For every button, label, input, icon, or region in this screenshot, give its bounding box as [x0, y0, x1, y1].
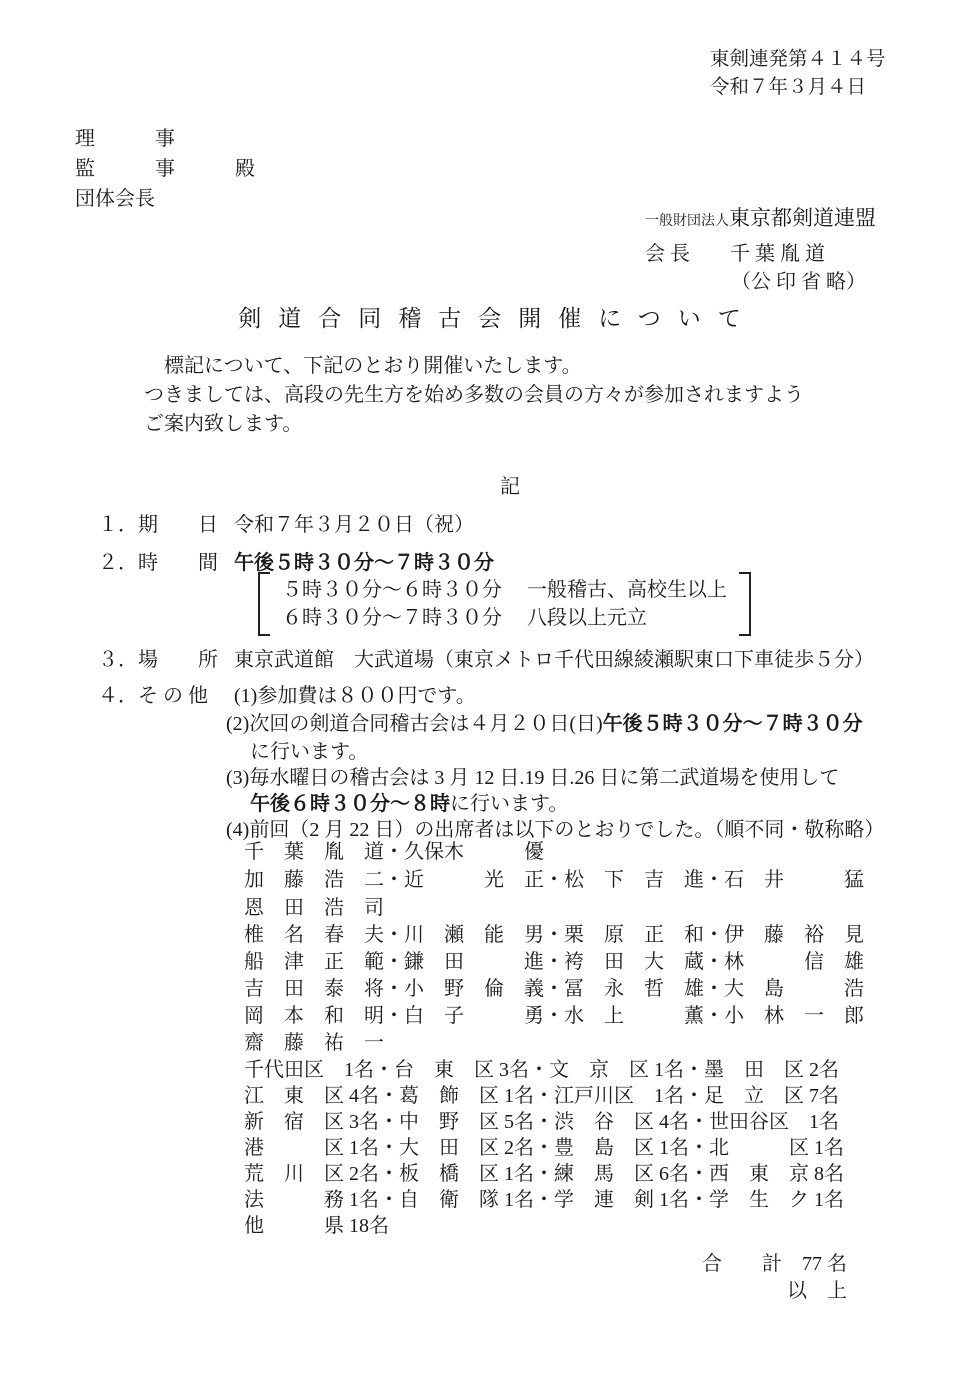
ward-count-line: 江 東 区 4名・葛 飾 区 1名・江戸川区 1名・足 立 区 7名	[244, 1083, 844, 1109]
ward-count-line: 新 宿 区 3名・中 野 区 5名・渋 谷 区 4名・世田谷区 1名	[244, 1109, 844, 1135]
attendee-line: 加 藤 浩 二・近 光 正・松 下 吉 進・石 井 猛	[244, 866, 864, 894]
ward-count-line: 他 県 18名	[244, 1213, 844, 1239]
right-bracket	[739, 572, 751, 636]
recipient-block: 理 事監 事 殿団体会長	[75, 124, 255, 214]
time-detail-line-1: ５時３０分～６時３０分 一般稽古、高校生以上	[282, 576, 727, 604]
item-time-row: ２．時 間午後５時３０分～７時３０分	[98, 546, 494, 575]
intro-line-3: ご案内致します。	[144, 410, 804, 439]
ward-count-line: 千代田区 1名・台 東 区 3名・文 京 区 1名・墨 田 区 2名	[244, 1057, 844, 1083]
attendee-line: 齋 藤 祐 一	[244, 1030, 864, 1057]
note-3-continuation: 午後６時３０分～８時に行います。	[250, 787, 568, 816]
recipient-line-directors: 理 事	[75, 124, 255, 154]
ref-number: 東剣連発第４１４号	[710, 46, 886, 74]
re-marker: 記	[0, 470, 980, 499]
sender-block: 一般財団法人東京都剣道連盟会 長 千 葉 胤 道（公 印 省 略）	[645, 204, 876, 296]
recipient-line-group-presidents: 団体会長	[75, 184, 255, 214]
item-date-value: 令和７年３月２０日（祝）	[234, 514, 474, 536]
item-other-row: ４．そ の 他(1)参加費は８００円です。	[98, 679, 476, 708]
note-3-cont-text: に行います。	[450, 793, 568, 815]
item-place-value: 東京武道館 大武道場（東京メトロ千代田線綾瀬駅東口下車徒歩５分）	[234, 649, 874, 671]
left-bracket	[258, 572, 270, 636]
note-3-marker: (3)	[226, 767, 249, 789]
item-place-label: 場 所	[138, 643, 234, 672]
sender-president-line: 会 長 千 葉 胤 道	[645, 240, 876, 268]
document-page: 東剣連発第４１４号令和７年３月４日 理 事監 事 殿団体会長 一般財団法人東京都…	[0, 0, 980, 1386]
note-1-text: 参加費は８００円です。	[257, 685, 475, 707]
item-time-number: ２．	[98, 546, 138, 575]
intro-line-2: つきましては、高段の先生方を始め多数の会員の方々が参加されますよう	[144, 381, 804, 410]
ref-block: 東剣連発第４１４号令和７年３月４日	[710, 46, 886, 102]
sender-org-name: 東京都剣道連盟	[729, 206, 876, 230]
time-detail-content: ５時３０分～６時３０分 一般稽古、高校生以上６時３０分～７時３０分 八段以上元立	[270, 572, 739, 636]
note-3-text: 毎水曜日の稽古会は 3 月 12 日.19 日.26 日に第二武道場を使用して	[249, 767, 839, 789]
item-date-row: １．期 日令和７年３月２０日（祝）	[98, 508, 474, 537]
item-date-number: １．	[98, 508, 138, 537]
ward-count-line: 港 区 1名・大 田 区 2名・豊 島 区 1名・北 区 1名	[244, 1135, 844, 1161]
note-2-row: (2)次回の剣道合同稽古会は４月２０日(日)午後５時３０分～７時３０分	[226, 707, 863, 736]
item-time-value: 午後５時３０分～７時３０分	[234, 552, 494, 574]
intro-line-1: 標記について、下記のとおり開催いたします。	[144, 352, 804, 381]
sender-org-line: 一般財団法人東京都剣道連盟	[645, 204, 876, 236]
note-2-text: 次回の剣道合同稽古会は４月２０日(日)	[249, 713, 602, 735]
sender-org-prefix: 一般財団法人	[645, 214, 729, 229]
note-2-continuation: に行います。	[250, 735, 368, 764]
attendee-line: 岡 本 和 明・白 子 勇・水 上 薫・小 林 一 郎	[244, 1003, 864, 1030]
total-count: 合 計 77 名	[702, 1247, 847, 1276]
attendee-line: 吉 田 泰 将・小 野 倫 義・冨 永 哲 雄・大 島 浩	[244, 976, 864, 1003]
attendee-line: 椎 名 春 夫・川 瀬 能 男・栗 原 正 和・伊 藤 裕 見	[244, 922, 864, 949]
attendee-line: 恩 田 浩 司	[244, 894, 864, 922]
ward-count-line: 荒 川 区 2名・板 橋 区 1名・練 馬 区 6名・西 東 京 8名	[244, 1161, 844, 1187]
document-title: 剣道合同稽古会開催について	[8, 300, 980, 333]
seal-omitted-note: （公 印 省 略）	[731, 268, 876, 296]
attendee-list-group-2: 椎 名 春 夫・川 瀬 能 男・栗 原 正 和・伊 藤 裕 見船 津 正 範・鎌…	[244, 922, 864, 1057]
attendee-list-group-1: 千 葉 胤 道・久保木 優加 藤 浩 二・近 光 正・松 下 吉 進・石 井 猛…	[244, 838, 864, 922]
note-2-bold-time: 午後５時３０分～７時３０分	[603, 713, 863, 735]
intro-paragraph: 標記について、下記のとおり開催いたします。つきましては、高段の先生方を始め多数の…	[144, 352, 804, 439]
issue-date: 令和７年３月４日	[710, 74, 886, 102]
note-1-marker: (1)	[234, 685, 257, 707]
note-2-marker: (2)	[226, 713, 249, 735]
item-place-number: ３．	[98, 643, 138, 672]
recipient-line-auditors: 監 事 殿	[75, 154, 255, 184]
item-other-label: そ の 他	[138, 679, 234, 708]
ward-count-line: 法 務 1名・自 衛 隊 1名・学 連 剣 1名・学 生 ク 1名	[244, 1187, 844, 1213]
item-other-number: ４．	[98, 679, 138, 708]
item-date-label: 期 日	[138, 508, 234, 537]
note-3-row: (3)毎水曜日の稽古会は 3 月 12 日.19 日.26 日に第二武道場を使用…	[226, 761, 839, 790]
time-detail-line-2: ６時３０分～７時３０分 八段以上元立	[282, 604, 727, 632]
item-time-label: 時 間	[138, 546, 234, 575]
note-3-bold-time: 午後６時３０分～８時	[250, 793, 450, 815]
closing-marker: 以 上	[787, 1274, 847, 1303]
item-place-row: ３．場 所東京武道館 大武道場（東京メトロ千代田線綾瀬駅東口下車徒歩５分）	[98, 643, 874, 672]
ward-count-list: 千代田区 1名・台 東 区 3名・文 京 区 1名・墨 田 区 2名江 東 区 …	[244, 1057, 844, 1239]
attendee-line: 船 津 正 範・鎌 田 進・袴 田 大 蔵・林 信 雄	[244, 949, 864, 976]
time-detail-bracket: ５時３０分～６時３０分 一般稽古、高校生以上６時３０分～７時３０分 八段以上元立	[258, 572, 751, 636]
attendee-line: 千 葉 胤 道・久保木 優	[244, 838, 864, 866]
